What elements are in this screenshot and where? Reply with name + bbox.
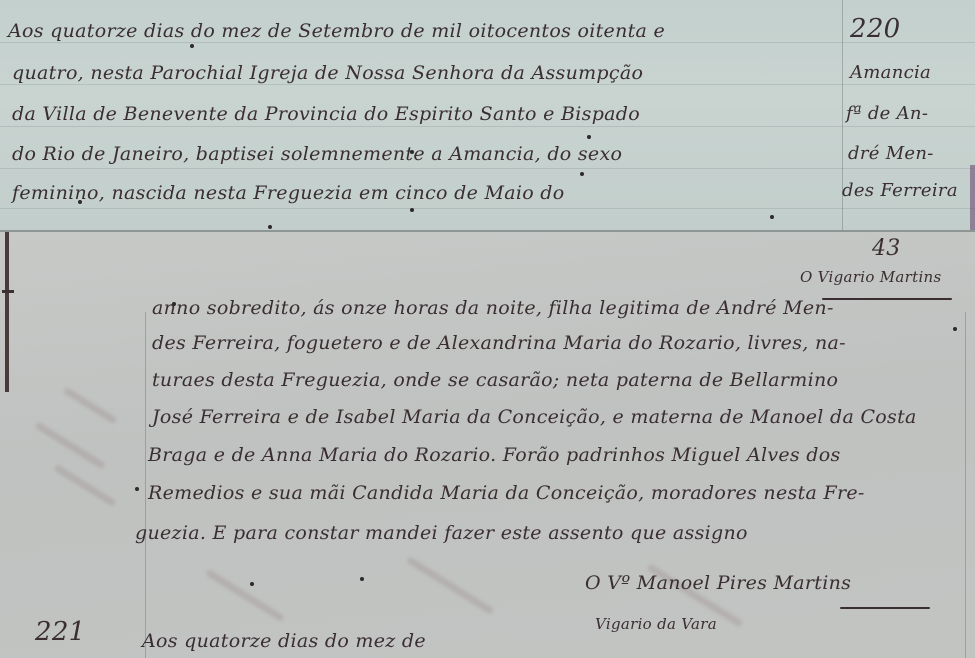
ruled-line <box>0 168 975 169</box>
ink-spot <box>410 208 414 212</box>
ink-spot <box>268 225 272 229</box>
margin-note-line: dré Men- <box>848 143 934 164</box>
header-annotation: O Vigario Martins <box>800 268 942 286</box>
entry-text-line: do Rio de Janeiro, baptisei solemnemente… <box>12 143 622 165</box>
entry-text-line: guezia. E para constar mandei fazer este… <box>135 522 748 544</box>
ink-spot <box>360 577 364 581</box>
next-entry-text: Aos quatorze dias do mez de <box>142 630 426 652</box>
entry-text-line: Remedios e sua mãi Candida Maria da Conc… <box>148 482 865 504</box>
ink-spot <box>250 582 254 586</box>
entry-text-line: Aos quatorze dias do mez de Setembro de … <box>8 20 665 42</box>
entry-text-line: anno sobredito, ás onze horas da noite, … <box>152 297 834 319</box>
ink-spot <box>770 215 774 219</box>
page-edge <box>970 165 975 232</box>
ink-spot <box>172 302 176 306</box>
ruled-line <box>0 208 975 209</box>
ink-spot <box>190 44 194 48</box>
ruled-line <box>0 42 975 43</box>
margin-note-line: des Ferreira <box>842 180 958 201</box>
bleed-through <box>34 421 106 469</box>
entry-text-line: Braga e de Anna Maria do Rozario. Forão … <box>148 444 841 466</box>
bleed-through <box>406 556 495 615</box>
next-entry-number: 221 <box>35 617 86 647</box>
bleed-through <box>63 387 118 425</box>
entry-text-line: quatro, nesta Parochial Igreja de Nossa … <box>12 62 643 84</box>
page-number: 43 <box>872 236 901 261</box>
ink-spot <box>410 150 414 154</box>
bleed-through <box>53 464 116 507</box>
flourish <box>822 298 952 300</box>
flourish <box>840 607 930 609</box>
priest-signature: O Vº Manoel Pires Martins <box>585 572 851 594</box>
ink-spot <box>953 327 957 331</box>
margin-note-line: fª de An- <box>846 103 928 124</box>
margin-rule <box>965 312 966 658</box>
top-scan-strip: Aos quatorze dias do mez de Setembro de … <box>0 0 975 232</box>
ink-spot <box>580 172 584 176</box>
ink-spot <box>135 487 139 491</box>
entry-number: 220 <box>850 14 901 44</box>
ruled-line <box>0 84 975 85</box>
entry-text-line: des Ferreira, foguetero e de Alexandrina… <box>152 332 846 354</box>
binding-edge <box>5 232 9 392</box>
margin-rule <box>145 312 146 658</box>
bleed-through <box>205 569 285 623</box>
bottom-scan-strip: 43 O Vigario Martins anno sobredito, ás … <box>0 232 975 658</box>
ink-spot <box>78 200 82 204</box>
binding-mark <box>2 290 14 293</box>
ink-spot <box>587 135 591 139</box>
entry-text-line: da Villa de Benevente da Provincia do Es… <box>12 103 640 125</box>
entry-text-line: José Ferreira e de Isabel Maria da Conce… <box>152 406 917 428</box>
entry-text-line: feminino, nascida nesta Freguezia em cin… <box>12 182 565 204</box>
margin-note-line: Amancia <box>850 62 931 83</box>
entry-text-line: turaes desta Freguezia, onde se casarão;… <box>152 369 838 391</box>
signature-subtitle: Vigario da Vara <box>595 615 717 633</box>
ruled-line <box>0 126 975 127</box>
